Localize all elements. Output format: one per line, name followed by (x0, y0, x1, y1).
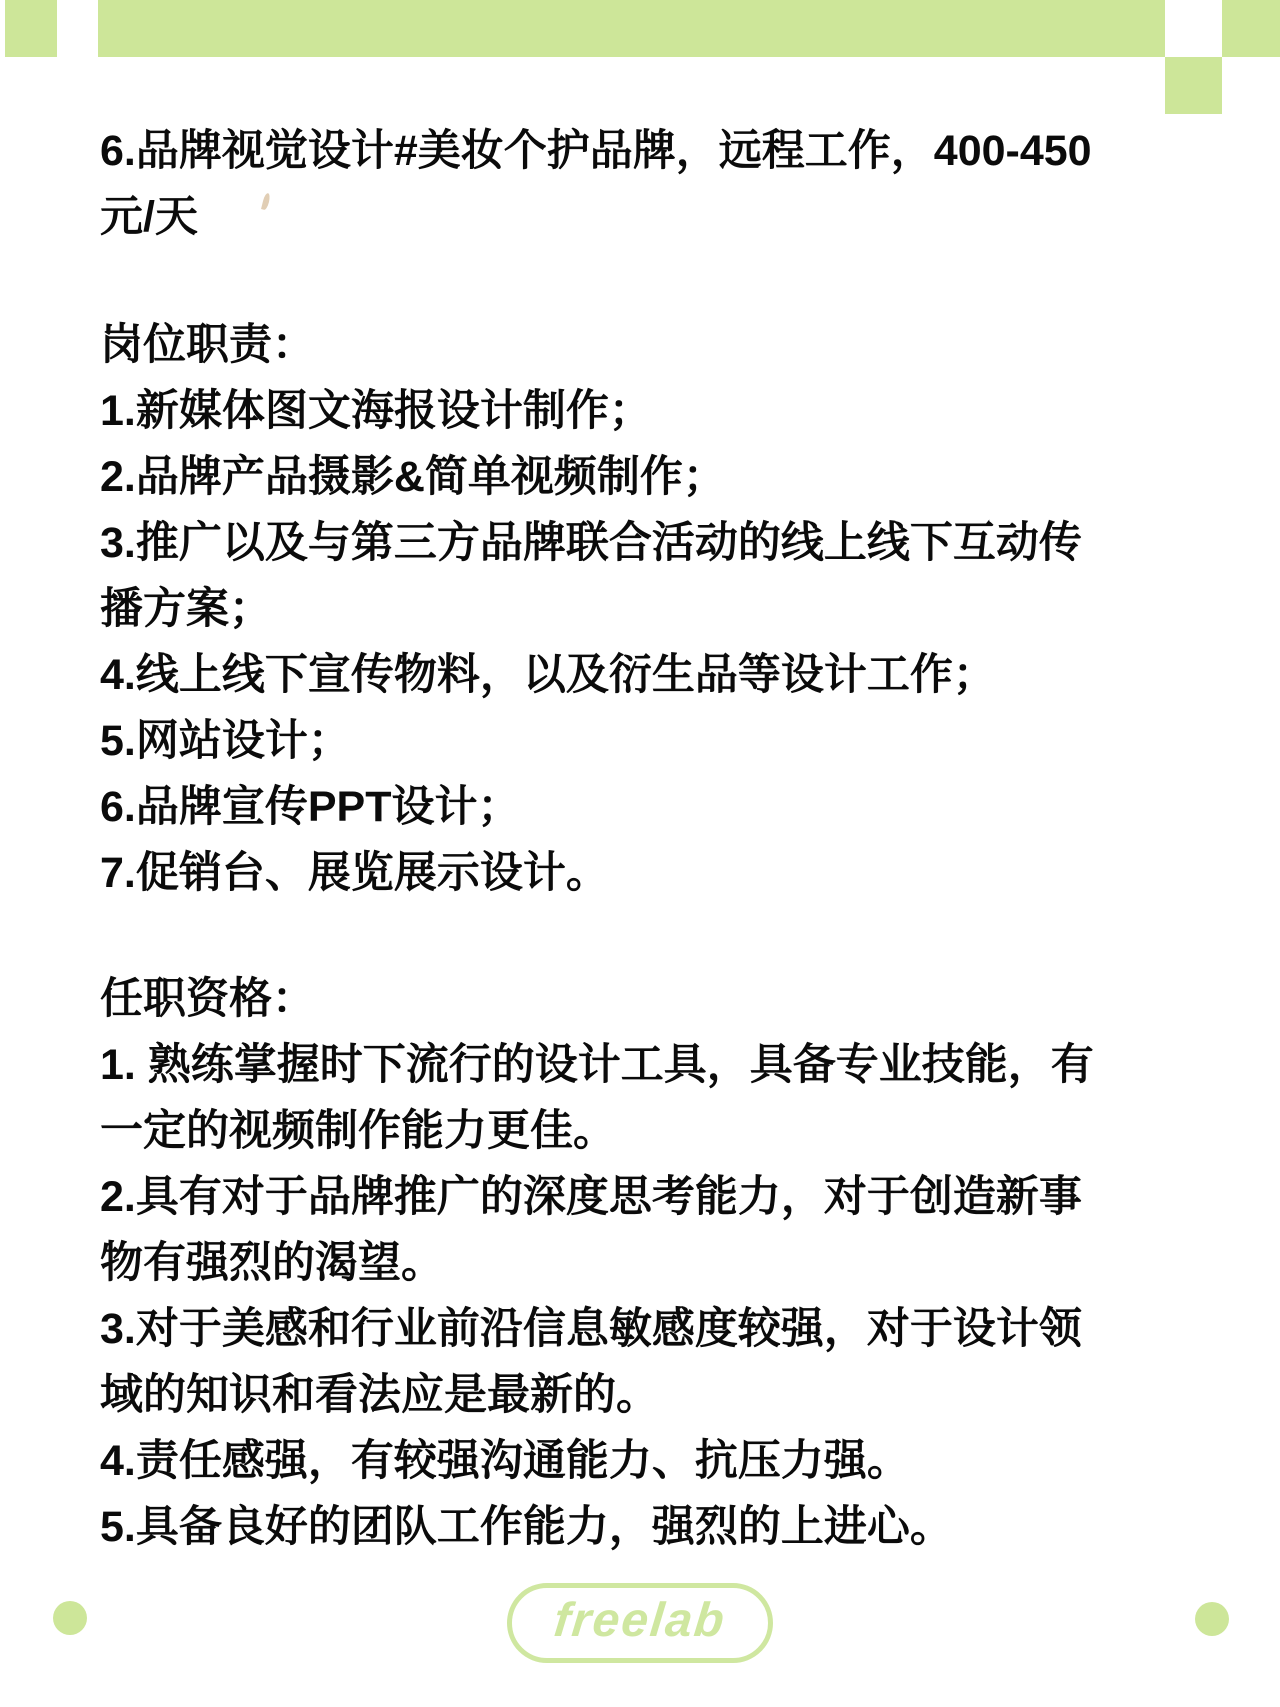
text-line: 一定的视频制作能力更佳。 (100, 1098, 1210, 1164)
bottom-left-dot-decor (53, 1601, 87, 1635)
text-line: 物有强烈的渴望。 (100, 1230, 1210, 1296)
text-line: 3.推广以及与第三方品牌联合活动的线上线下互动传 (100, 510, 1210, 576)
text-line: 1. 熟练掌握时下流行的设计工具，具备专业技能，有 (100, 1032, 1210, 1098)
text-line: 4.责任感强，有较强沟通能力、抗压力强。 (100, 1428, 1210, 1494)
qualifications-section: 任职资格： 1. 熟练掌握时下流行的设计工具，具备专业技能，有一定的视频制作能力… (100, 966, 1210, 1560)
text-line: 5.网站设计； (100, 708, 1210, 774)
text-line: 6.品牌宣传PPT设计； (100, 774, 1210, 840)
text-line: 播方案； (100, 576, 1210, 642)
text-line: 1.新媒体图文海报设计制作； (100, 378, 1210, 444)
top-right-square-decor (1222, 0, 1280, 57)
text-line: 2.品牌产品摄影&简单视频制作； (100, 444, 1210, 510)
responsibilities-heading: 岗位职责： (100, 312, 1210, 378)
freelab-logo-text: freelab (552, 1597, 729, 1649)
text-line: 2.具有对于品牌推广的深度思考能力，对于创造新事 (100, 1164, 1210, 1230)
qualifications-list: 1. 熟练掌握时下流行的设计工具，具备专业技能，有一定的视频制作能力更佳。2.具… (100, 1032, 1210, 1560)
text-line: 域的知识和看法应是最新的。 (100, 1362, 1210, 1428)
top-left-square-decor (5, 0, 57, 57)
responsibilities-list: 1.新媒体图文海报设计制作；2.品牌产品摄影&简单视频制作；3.推广以及与第三方… (100, 378, 1210, 906)
job-post-page: 6.品牌视觉设计#美妆个护品牌，远程工作，400-450元/天 岗位职责： 1.… (0, 0, 1280, 1707)
text-line: 6.品牌视觉设计#美妆个护品牌，远程工作，400-450 (100, 118, 1210, 184)
top-bar-decor (98, 0, 1165, 57)
job-title: 6.品牌视觉设计#美妆个护品牌，远程工作，400-450元/天 (100, 118, 1210, 250)
responsibilities-section: 岗位职责： 1.新媒体图文海报设计制作；2.品牌产品摄影&简单视频制作；3.推广… (100, 312, 1210, 906)
freelab-logo: freelab (507, 1583, 773, 1663)
text-line: 7.促销台、展览展示设计。 (100, 840, 1210, 906)
text-line: 4.线上线下宣传物料，以及衍生品等设计工作； (100, 642, 1210, 708)
qualifications-heading: 任职资格： (100, 966, 1210, 1032)
text-line: 5.具备良好的团队工作能力，强烈的上进心。 (100, 1494, 1210, 1560)
top-offset-square-decor (1165, 57, 1222, 114)
bottom-right-dot-decor (1195, 1602, 1229, 1636)
text-line: 3.对于美感和行业前沿信息敏感度较强，对于设计领 (100, 1296, 1210, 1362)
